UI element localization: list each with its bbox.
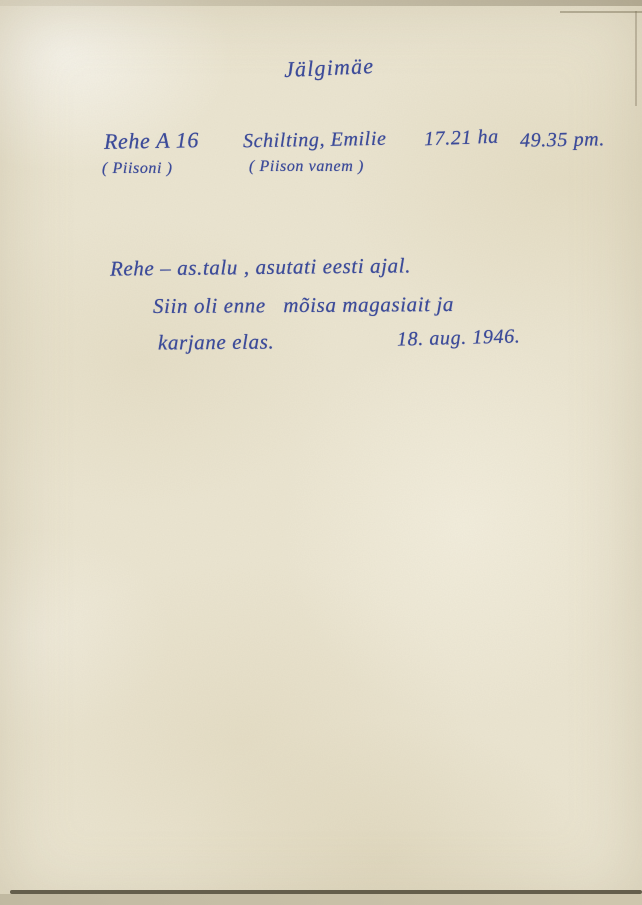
note-line-2: Siin oli enne mõisa magasiait ja <box>153 292 454 319</box>
note-date: 18. aug. 1946. <box>397 325 521 351</box>
page-corner-crease-v <box>635 11 637 106</box>
area-hectares: 17.21 ha <box>424 126 500 152</box>
farm-name-note: ( Piisoni ) <box>102 160 173 178</box>
area-pm: 49.35 pm. <box>520 128 605 152</box>
person-name: Schilting, Emilie <box>243 128 387 154</box>
scan-top-edge-shadow <box>0 0 642 6</box>
note-line-1: Rehe – as.talu , asutati eesti ajal. <box>110 253 411 281</box>
scanned-document: Jälgimäe Rehe A 16 Schilting, Emilie 17.… <box>0 0 642 905</box>
note-line-3: karjane elas. <box>158 329 274 355</box>
page-corner-crease-h <box>560 11 642 13</box>
farm-name: Rehe A 16 <box>104 127 199 155</box>
person-name-note: ( Piison vanem ) <box>249 158 364 176</box>
scan-bottom-background <box>0 894 642 905</box>
page-title: Jälgimäe <box>283 53 374 83</box>
